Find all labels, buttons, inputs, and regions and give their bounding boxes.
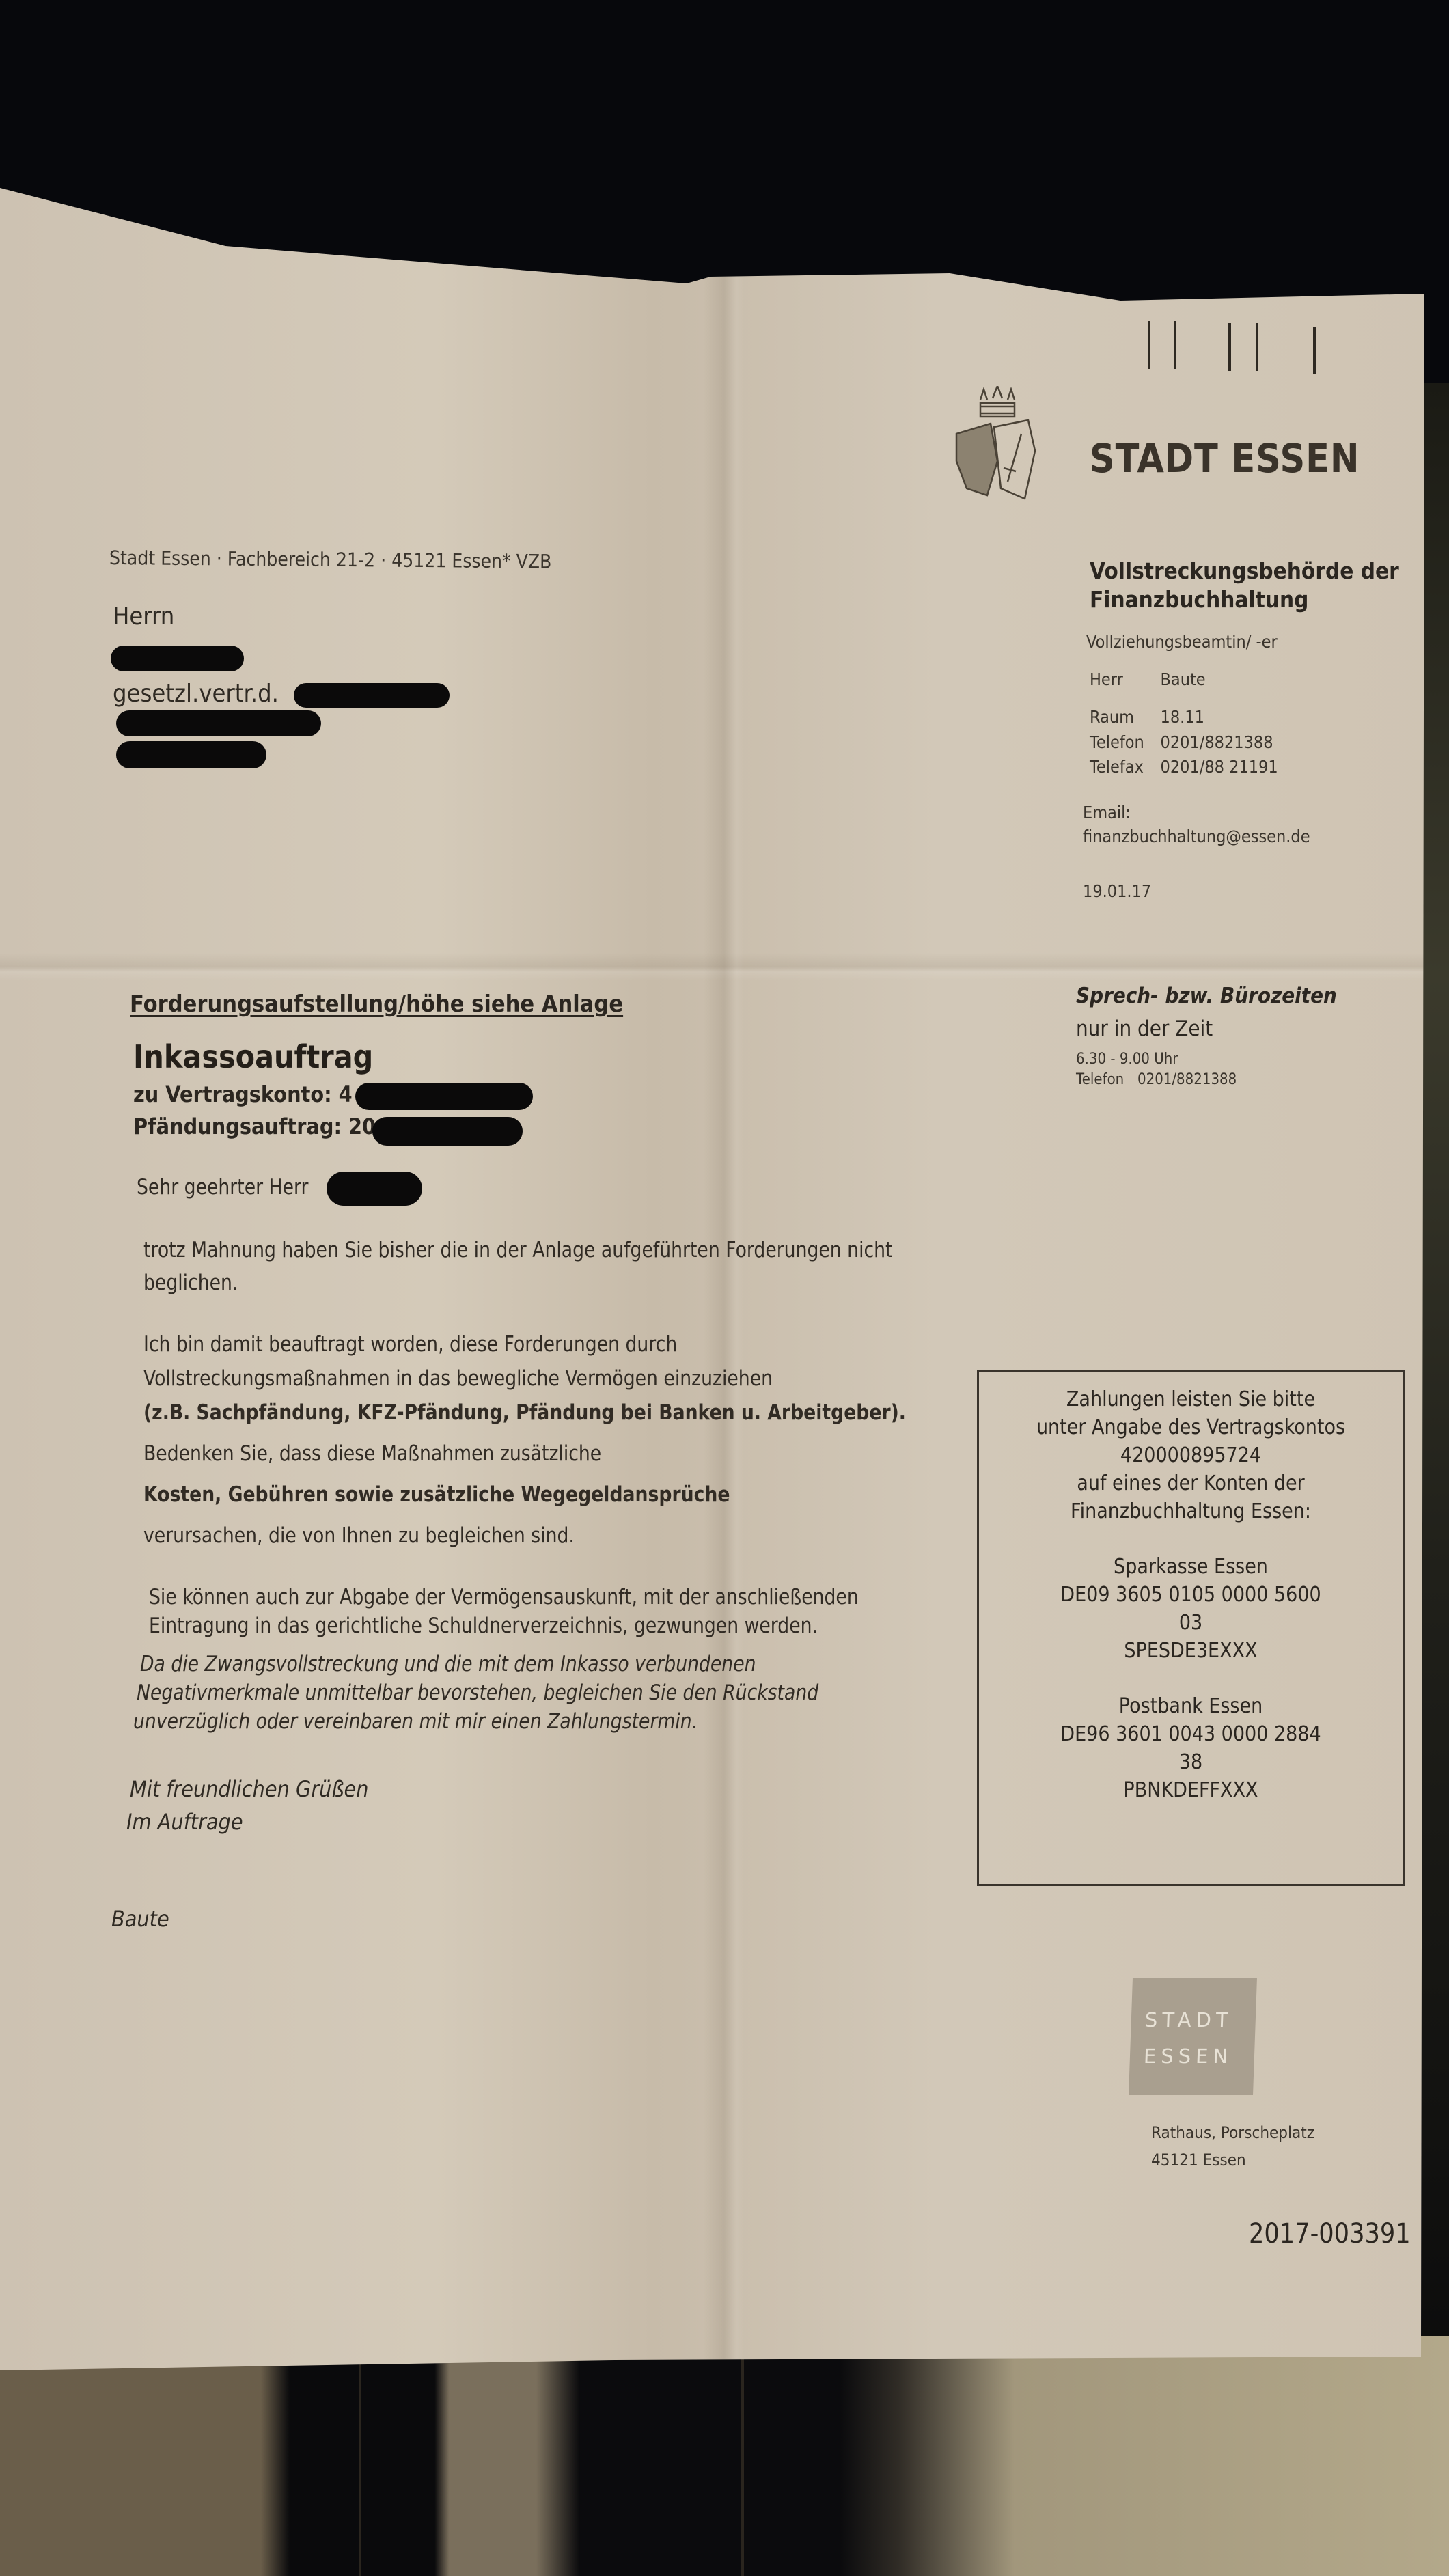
email-label: Email:	[1083, 803, 1131, 822]
payment-instruction: auf eines der Konten der	[1000, 1469, 1381, 1497]
redacted-street	[116, 710, 321, 736]
contract-account-ref: zu Vertragskonto: 4	[133, 1081, 353, 1107]
subject-line: Forderungsaufstellung/höhe siehe Anlage	[130, 991, 623, 1018]
payment-instruction: Finanzbuchhaltung Essen:	[1000, 1497, 1381, 1525]
closing-line1: Mit freundlichen Grüßen	[130, 1776, 369, 1802]
document-reference-number: 2017-003391	[1249, 2218, 1411, 2249]
tile-seam	[741, 2336, 744, 2576]
recipient-salutation: Herrn	[113, 603, 174, 631]
bank-iban-end: 38	[1000, 1748, 1381, 1776]
paper-fold-vertical	[704, 273, 745, 2364]
greeting: Sehr geehrter Herr	[137, 1175, 308, 1200]
bank-iban: DE09 3605 0105 0000 5600	[1000, 1581, 1381, 1609]
authority-title-line1: Vollstreckungsbehörde der	[1090, 557, 1399, 585]
payment-info-box: Zahlungen leisten Sie bitte unter Angabe…	[977, 1370, 1405, 1886]
letter-page: STADT ESSEN Stadt Essen · Fachbereich 21…	[0, 0, 1449, 2576]
body-line: verursachen, die von Ihnen zu begleichen…	[143, 1523, 575, 1548]
contact-fax: Telefax0201/88 21191	[1090, 757, 1278, 777]
bank-bic: PBNKDEFFXXX	[1000, 1776, 1381, 1804]
redacted-recipient-name	[111, 646, 244, 671]
bank-name: Sparkasse Essen	[1000, 1553, 1381, 1581]
officer-role: Vollziehungsbeamtin/ -er	[1086, 632, 1278, 652]
seizure-order-ref: Pfändungsauftrag: 20	[133, 1113, 376, 1139]
body-line: Kosten, Gebühren sowie zusätzliche Wegeg…	[143, 1482, 730, 1507]
payment-instruction: unter Angabe des Vertragskontos	[1000, 1413, 1381, 1441]
redacted-representative	[294, 683, 450, 708]
bank-iban-end: 03	[1000, 1609, 1381, 1637]
body-line: (z.B. Sachpfändung, KFZ-Pfändung, Pfändu…	[143, 1400, 906, 1425]
body-line: trotz Mahnung haben Sie bisher die in de…	[143, 1238, 892, 1262]
return-address: Stadt Essen · Fachbereich 21-2 · 45121 E…	[109, 546, 552, 573]
redacted-name	[327, 1172, 422, 1206]
body-line: Negativmerkmale unmittelbar bevorstehen,…	[137, 1680, 818, 1705]
email-address[interactable]: finanzbuchhaltung@essen.de	[1083, 827, 1310, 846]
letterhead-brand: STADT ESSEN	[1090, 435, 1360, 482]
floor-background	[0, 2336, 1449, 2576]
postal-marks	[1148, 321, 1325, 376]
authority-title-line2: Finanzbuchhaltung	[1090, 585, 1399, 614]
office-hours-title: Sprech- bzw. Bürozeiten	[1076, 984, 1337, 1008]
body-line: Eintragung in das gerichtliche Schuldner…	[149, 1614, 818, 1638]
body-line: Da die Zwangsvollstreckung und die mit d…	[140, 1652, 756, 1676]
footer-address-line1: Rathaus, Porscheplatz	[1151, 2123, 1314, 2142]
office-hours-subtitle: nur in der Zeit	[1076, 1016, 1213, 1041]
body-line: Ich bin damit beauftragt worden, diese F…	[143, 1332, 677, 1357]
body-line: unverzüglich oder vereinbaren mit mir ei…	[133, 1709, 698, 1734]
closing-line2: Im Auftrage	[126, 1809, 243, 1835]
authority-title: Vollstreckungsbehörde der Finanzbuchhalt…	[1090, 557, 1399, 614]
body-line: Bedenken Sie, dass diese Maßnahmen zusät…	[143, 1441, 601, 1466]
representative-prefix: gesetzl.vertr.d.	[113, 680, 279, 708]
body-line: beglichen.	[143, 1271, 238, 1295]
body-line: Vollstreckungsmaßnahmen in das beweglich…	[143, 1366, 773, 1391]
bank-bic: SPESDE3EXXX	[1000, 1637, 1381, 1665]
body-line: Sie können auch zur Abgabe der Vermögens…	[149, 1585, 859, 1609]
signature-name: Baute	[111, 1906, 169, 1932]
contact-phone: Telefon0201/8821388	[1090, 732, 1273, 752]
stadt-essen-logo: STADT ESSEN	[1129, 1978, 1257, 2095]
redacted-city	[116, 741, 266, 768]
contact-officer: HerrBaute	[1090, 669, 1206, 689]
bank-name: Postbank Essen	[1000, 1692, 1381, 1720]
office-hours-time: 6.30 - 9.00 Uhr	[1076, 1051, 1178, 1068]
background-object	[1422, 383, 1449, 2364]
footer-address-line2: 45121 Essen	[1151, 2150, 1246, 2170]
contact-room: Raum18.11	[1090, 707, 1204, 727]
contract-account-number: 420000895724	[1000, 1441, 1381, 1469]
redacted-contract-account	[355, 1083, 533, 1110]
office-hours-phone: Telefon0201/8821388	[1076, 1071, 1237, 1088]
redacted-seizure-order	[372, 1117, 523, 1146]
letter-heading: Inkassoauftrag	[133, 1038, 373, 1075]
payment-instruction: Zahlungen leisten Sie bitte	[1000, 1385, 1381, 1413]
tile-seam	[359, 2336, 361, 2576]
bank-iban: DE96 3601 0043 0000 2884	[1000, 1720, 1381, 1748]
coat-of-arms-icon	[953, 386, 1042, 502]
letter-date: 19.01.17	[1083, 881, 1151, 901]
